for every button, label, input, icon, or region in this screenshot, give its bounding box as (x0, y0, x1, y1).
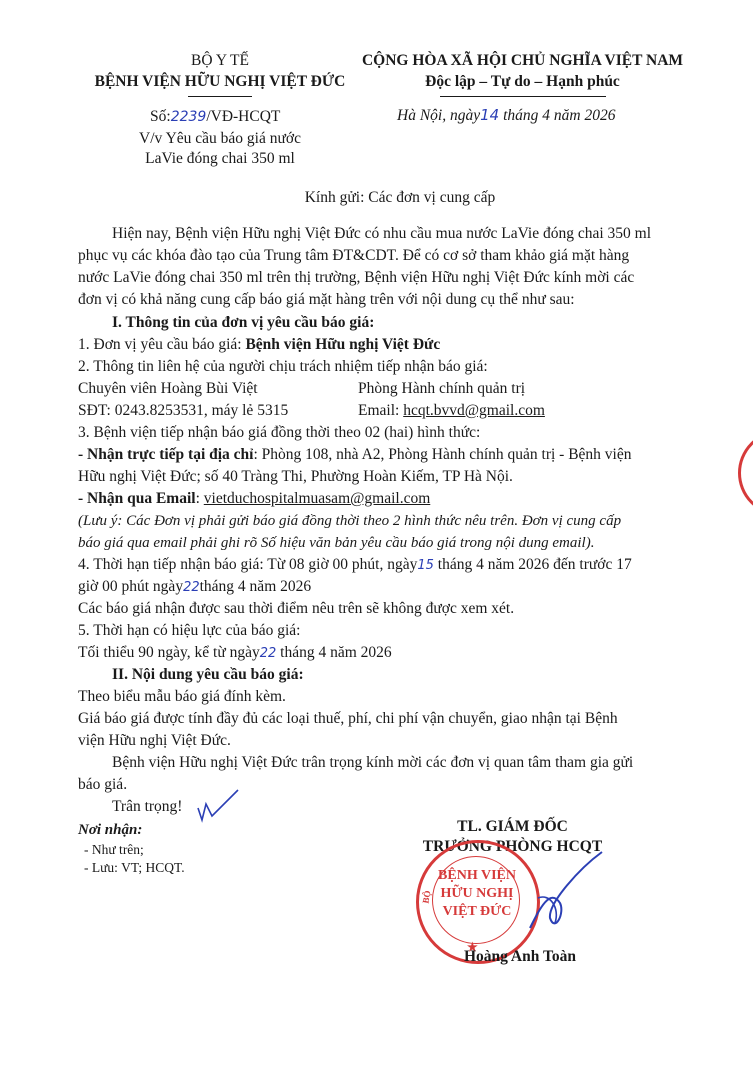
submission-email-link[interactable]: vietduchospitalmuasam@gmail.com (204, 490, 431, 507)
item4-part4: tháng 4 năm 2026 (200, 578, 312, 595)
contact-email: Email: hcqt.bvvd@gmail.com (358, 401, 545, 421)
contact-email-link[interactable]: hcqt.bvvd@gmail.com (403, 402, 545, 419)
contact-email-label: Email: (358, 402, 403, 419)
intro-line-3: nước LaVie đóng chai 350 ml trên thị trư… (78, 268, 634, 288)
contact-name: Chuyên viên Hoàng Bùi Việt (78, 379, 258, 399)
item1-label: 1. Đơn vị yêu cầu báo giá: (78, 336, 245, 353)
section1-title: I. Thông tin của đơn vị yêu cầu báo giá: (112, 313, 374, 333)
recipients-title: Nơi nhận: (78, 820, 142, 840)
country-name: CỘNG HÒA XÃ HỘI CHỦ NGHĨA VIỆT NAM (360, 52, 685, 70)
date-suffix: tháng 4 năm 2026 (499, 107, 615, 124)
subject-line-2: LaVie đóng chai 350 ml (90, 150, 350, 168)
section1-item5-value: Tối thiểu 90 ngày, kể từ ngày22 tháng 4 … (78, 643, 392, 664)
section1-item5: 5. Thời hạn có hiệu lực của báo giá: (78, 621, 300, 641)
intro-line-2: phục vụ các khóa đào tạo của Trung tâm Đ… (78, 246, 629, 266)
regards: Trân trọng! (112, 797, 182, 817)
item4-part1: 4. Thời hạn tiếp nhận báo giá: Từ 08 giờ… (78, 556, 417, 573)
header-left-rule (188, 96, 252, 97)
section1-item2: 2. Thông tin liên hệ của người chịu trác… (78, 357, 488, 377)
section2-line-1: Theo biểu mẫu báo giá đính kèm. (78, 687, 286, 707)
partial-margin-stamp (738, 430, 753, 516)
header-right-rule (440, 96, 606, 97)
section1-item4-note: Các báo giá nhận được sau thời điểm nêu … (78, 599, 514, 619)
closing-line-1: Bệnh viện Hữu nghị Việt Đức trân trọng k… (112, 753, 633, 773)
initials-signature (192, 786, 242, 826)
contact-dept: Phòng Hành chính quản trị (358, 379, 525, 399)
stamp-line-2: HỮU NGHỊ (432, 886, 522, 902)
direct-label: - Nhận trực tiếp tại địa chỉ (78, 446, 254, 463)
contact-phone: SĐT: 0243.8253531, máy lẻ 5315 (78, 401, 288, 421)
email-submission: - Nhận qua Email: vietduchospitalmuasam@… (78, 489, 430, 509)
direct-submission-line-1: - Nhận trực tiếp tại địa chỉ: Phòng 108,… (78, 445, 632, 465)
closing-line-2: báo giá. (78, 775, 127, 795)
direct-submission-line-2: Hữu nghị Việt Đức; số 40 Tràng Thi, Phườ… (78, 467, 513, 487)
item5-day-handwritten: 22 (260, 646, 277, 661)
section2-line-3: viện Hữu nghị Việt Đức. (78, 731, 231, 751)
signature-on-behalf: TL. GIÁM ĐỐC (400, 818, 625, 836)
item4-part3: giờ 00 phút ngày (78, 578, 183, 595)
section2-title: II. Nội dung yêu cầu báo giá: (112, 665, 304, 685)
item5-part1: Tối thiểu 90 ngày, kể từ ngày (78, 644, 260, 661)
item1-value: Bệnh viện Hữu nghị Việt Đức (245, 336, 440, 353)
recipient-item-2: - Lưu: VT; HCQT. (84, 858, 185, 878)
date-prefix: Hà Nội, ngày (397, 107, 480, 124)
signer-name: Hoàng Anh Toàn (420, 948, 620, 966)
section1-item4-line1: 4. Thời hạn tiếp nhận báo giá: Từ 08 giờ… (78, 555, 632, 576)
note-line-2: báo giá qua email phải ghi rõ Số hiệu vă… (78, 533, 594, 553)
note-line-1: (Lưu ý: Các Đơn vị phải gửi báo giá đồng… (78, 511, 621, 531)
subject-line-1: V/v Yêu cầu báo giá nước (90, 130, 350, 148)
item5-part2: tháng 4 năm 2026 (276, 644, 391, 661)
ministry-name: BỘ Y TẾ (100, 52, 340, 70)
stamp-line-3: VIỆT ĐỨC (432, 904, 522, 920)
doc-number-suffix: /VĐ-HCQT (206, 108, 280, 125)
stamp-line-1: BỆNH VIỆN (432, 868, 522, 884)
doc-number-handwritten: 2239 (171, 109, 207, 125)
hospital-name: BỆNH VIỆN HỮU NGHỊ VIỆT ĐỨC (70, 73, 370, 91)
salutation: Kính gửi: Các đơn vị cung cấp (200, 189, 600, 207)
document-date: Hà Nội, ngày14 tháng 4 năm 2026 (397, 106, 615, 125)
section2-line-2: Giá báo giá được tính đầy đủ các loại th… (78, 709, 618, 729)
intro-line-1: Hiện nay, Bệnh viện Hữu nghị Việt Đức có… (112, 224, 651, 244)
intro-line-4: đơn vị có khả năng cung cấp báo giá mặt … (78, 290, 575, 310)
national-motto: Độc lập – Tự do – Hạnh phúc (360, 73, 685, 91)
director-signature (520, 848, 610, 938)
doc-number-label: Số: (150, 108, 171, 125)
date-day-handwritten: 14 (480, 106, 499, 124)
item4-day1-handwritten: 15 (417, 558, 434, 573)
document-number: Số:2239/VĐ-HCQT (150, 108, 280, 126)
item4-day2-handwritten: 22 (183, 580, 200, 595)
section1-item4-line2: giờ 00 phút ngày22tháng 4 năm 2026 (78, 577, 311, 598)
section1-item3: 3. Bệnh viện tiếp nhận báo giá đồng thời… (78, 423, 480, 443)
section1-item1: 1. Đơn vị yêu cầu báo giá: Bệnh viện Hữu… (78, 335, 440, 355)
direct-value: : Phòng 108, nhà A2, Phòng Hành chính qu… (254, 446, 632, 463)
recipient-item-1: - Như trên; (84, 840, 144, 860)
email-label: - Nhận qua Email (78, 490, 196, 507)
item4-part2: tháng 4 năm 2026 đến trước 17 (434, 556, 632, 573)
